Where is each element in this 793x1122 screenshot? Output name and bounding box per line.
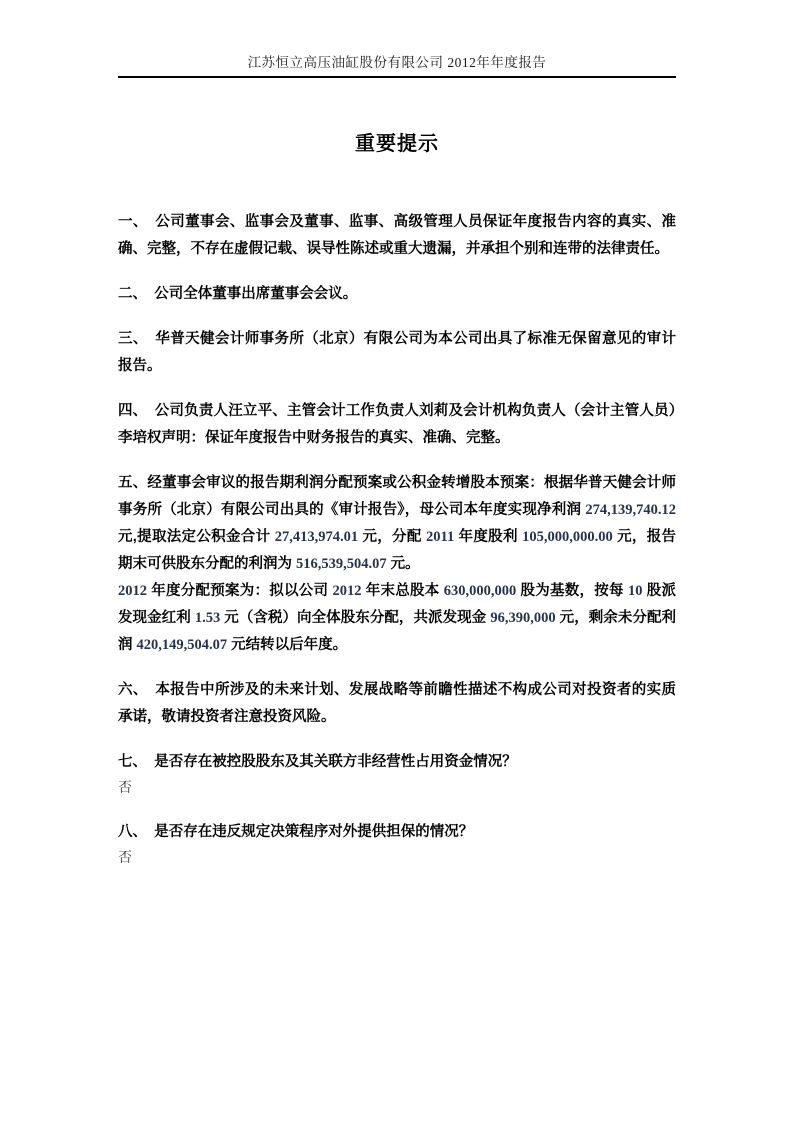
numeric-value: 420,149,504.07 — [137, 637, 228, 653]
numeric-value: 10 — [628, 583, 643, 599]
paragraph-list: 一、 公司董事会、监事会及董事、监事、高级管理人员保证年度报告内容的真实、准确、… — [118, 209, 676, 871]
numeric-value: 274,139,740.12 — [585, 502, 676, 518]
paragraph-item-5: 五、经董事会审议的报告期利润分配预案或公积金转增股本预案：根据华普天健会计师事务… — [118, 470, 676, 659]
paragraph-item-7: 七、 是否存在被控股股东及其关联方非经营性占用资金情况？否 — [118, 749, 676, 801]
paragraph-item-3: 三、 华普天健会计师事务所（北京）有限公司为本公司出具了标准无保留意见的审计报告… — [118, 326, 676, 380]
page-title: 重要提示 — [118, 127, 676, 156]
paragraph-item-1: 一、 公司董事会、监事会及董事、监事、高级管理人员保证年度报告内容的真实、准确、… — [118, 209, 676, 263]
paragraph-text: 五、经董事会审议的报告期利润分配预案或公积金转增股本预案：根据华普天健会计师事务… — [118, 470, 676, 578]
paragraph-item-6: 六、 本报告中所涉及的未来计划、发展战略等前瞻性描述不构成公司对投资者的实质承诺… — [118, 677, 676, 731]
paragraph-item-2: 二、 公司全体董事出席董事会会议。 — [118, 281, 676, 308]
paragraph-text: 六、 本报告中所涉及的未来计划、发展战略等前瞻性描述不构成公司对投资者的实质承诺… — [118, 677, 676, 731]
paragraph-text: 2012 年度分配预案为：拟以公司 2012 年末总股本 630,000,000… — [118, 578, 676, 659]
paragraph-text: 一、 公司董事会、监事会及董事、监事、高级管理人员保证年度报告内容的真实、准确、… — [118, 209, 676, 263]
answer-text: 否 — [118, 776, 676, 801]
answer-text: 否 — [118, 846, 676, 871]
numeric-value: 27,413,974.01 — [275, 529, 358, 545]
numeric-value: 630,000,000 — [444, 583, 517, 599]
numeric-value: 1.53 — [195, 610, 220, 626]
numeric-value: 105,000,000.00 — [522, 529, 613, 545]
paragraph-text: 七、 是否存在被控股股东及其关联方非经营性占用资金情况？ — [118, 749, 676, 776]
report-page: 江苏恒立高压油缸股份有限公司 2012年年度报告 重要提示 一、 公司董事会、监… — [0, 0, 793, 1122]
paragraph-text: 二、 公司全体董事出席董事会会议。 — [118, 281, 676, 308]
paragraph-text: 八、 是否存在违反规定决策程序对外提供担保的情况？ — [118, 819, 676, 846]
numeric-value: 2012 — [118, 583, 147, 599]
numeric-value: 2011 — [426, 529, 454, 545]
paragraph-text: 四、 公司负责人汪立平、主管会计工作负责人刘莉及会计机构负责人（会计主管人员）李… — [118, 398, 676, 452]
numeric-value: 96,390,000 — [490, 610, 555, 626]
page-content: 江苏恒立高压油缸股份有限公司 2012年年度报告 重要提示 一、 公司董事会、监… — [118, 0, 676, 871]
paragraph-text: 三、 华普天健会计师事务所（北京）有限公司为本公司出具了标准无保留意见的审计报告… — [118, 326, 676, 380]
paragraph-item-8: 八、 是否存在违反规定决策程序对外提供担保的情况？否 — [118, 819, 676, 871]
page-header: 江苏恒立高压油缸股份有限公司 2012年年度报告 — [118, 0, 676, 78]
numeric-value: 516,539,504.07 — [296, 556, 387, 572]
numeric-value: 2012 — [332, 583, 361, 599]
paragraph-item-4: 四、 公司负责人汪立平、主管会计工作负责人刘莉及会计机构负责人（会计主管人员）李… — [118, 398, 676, 452]
